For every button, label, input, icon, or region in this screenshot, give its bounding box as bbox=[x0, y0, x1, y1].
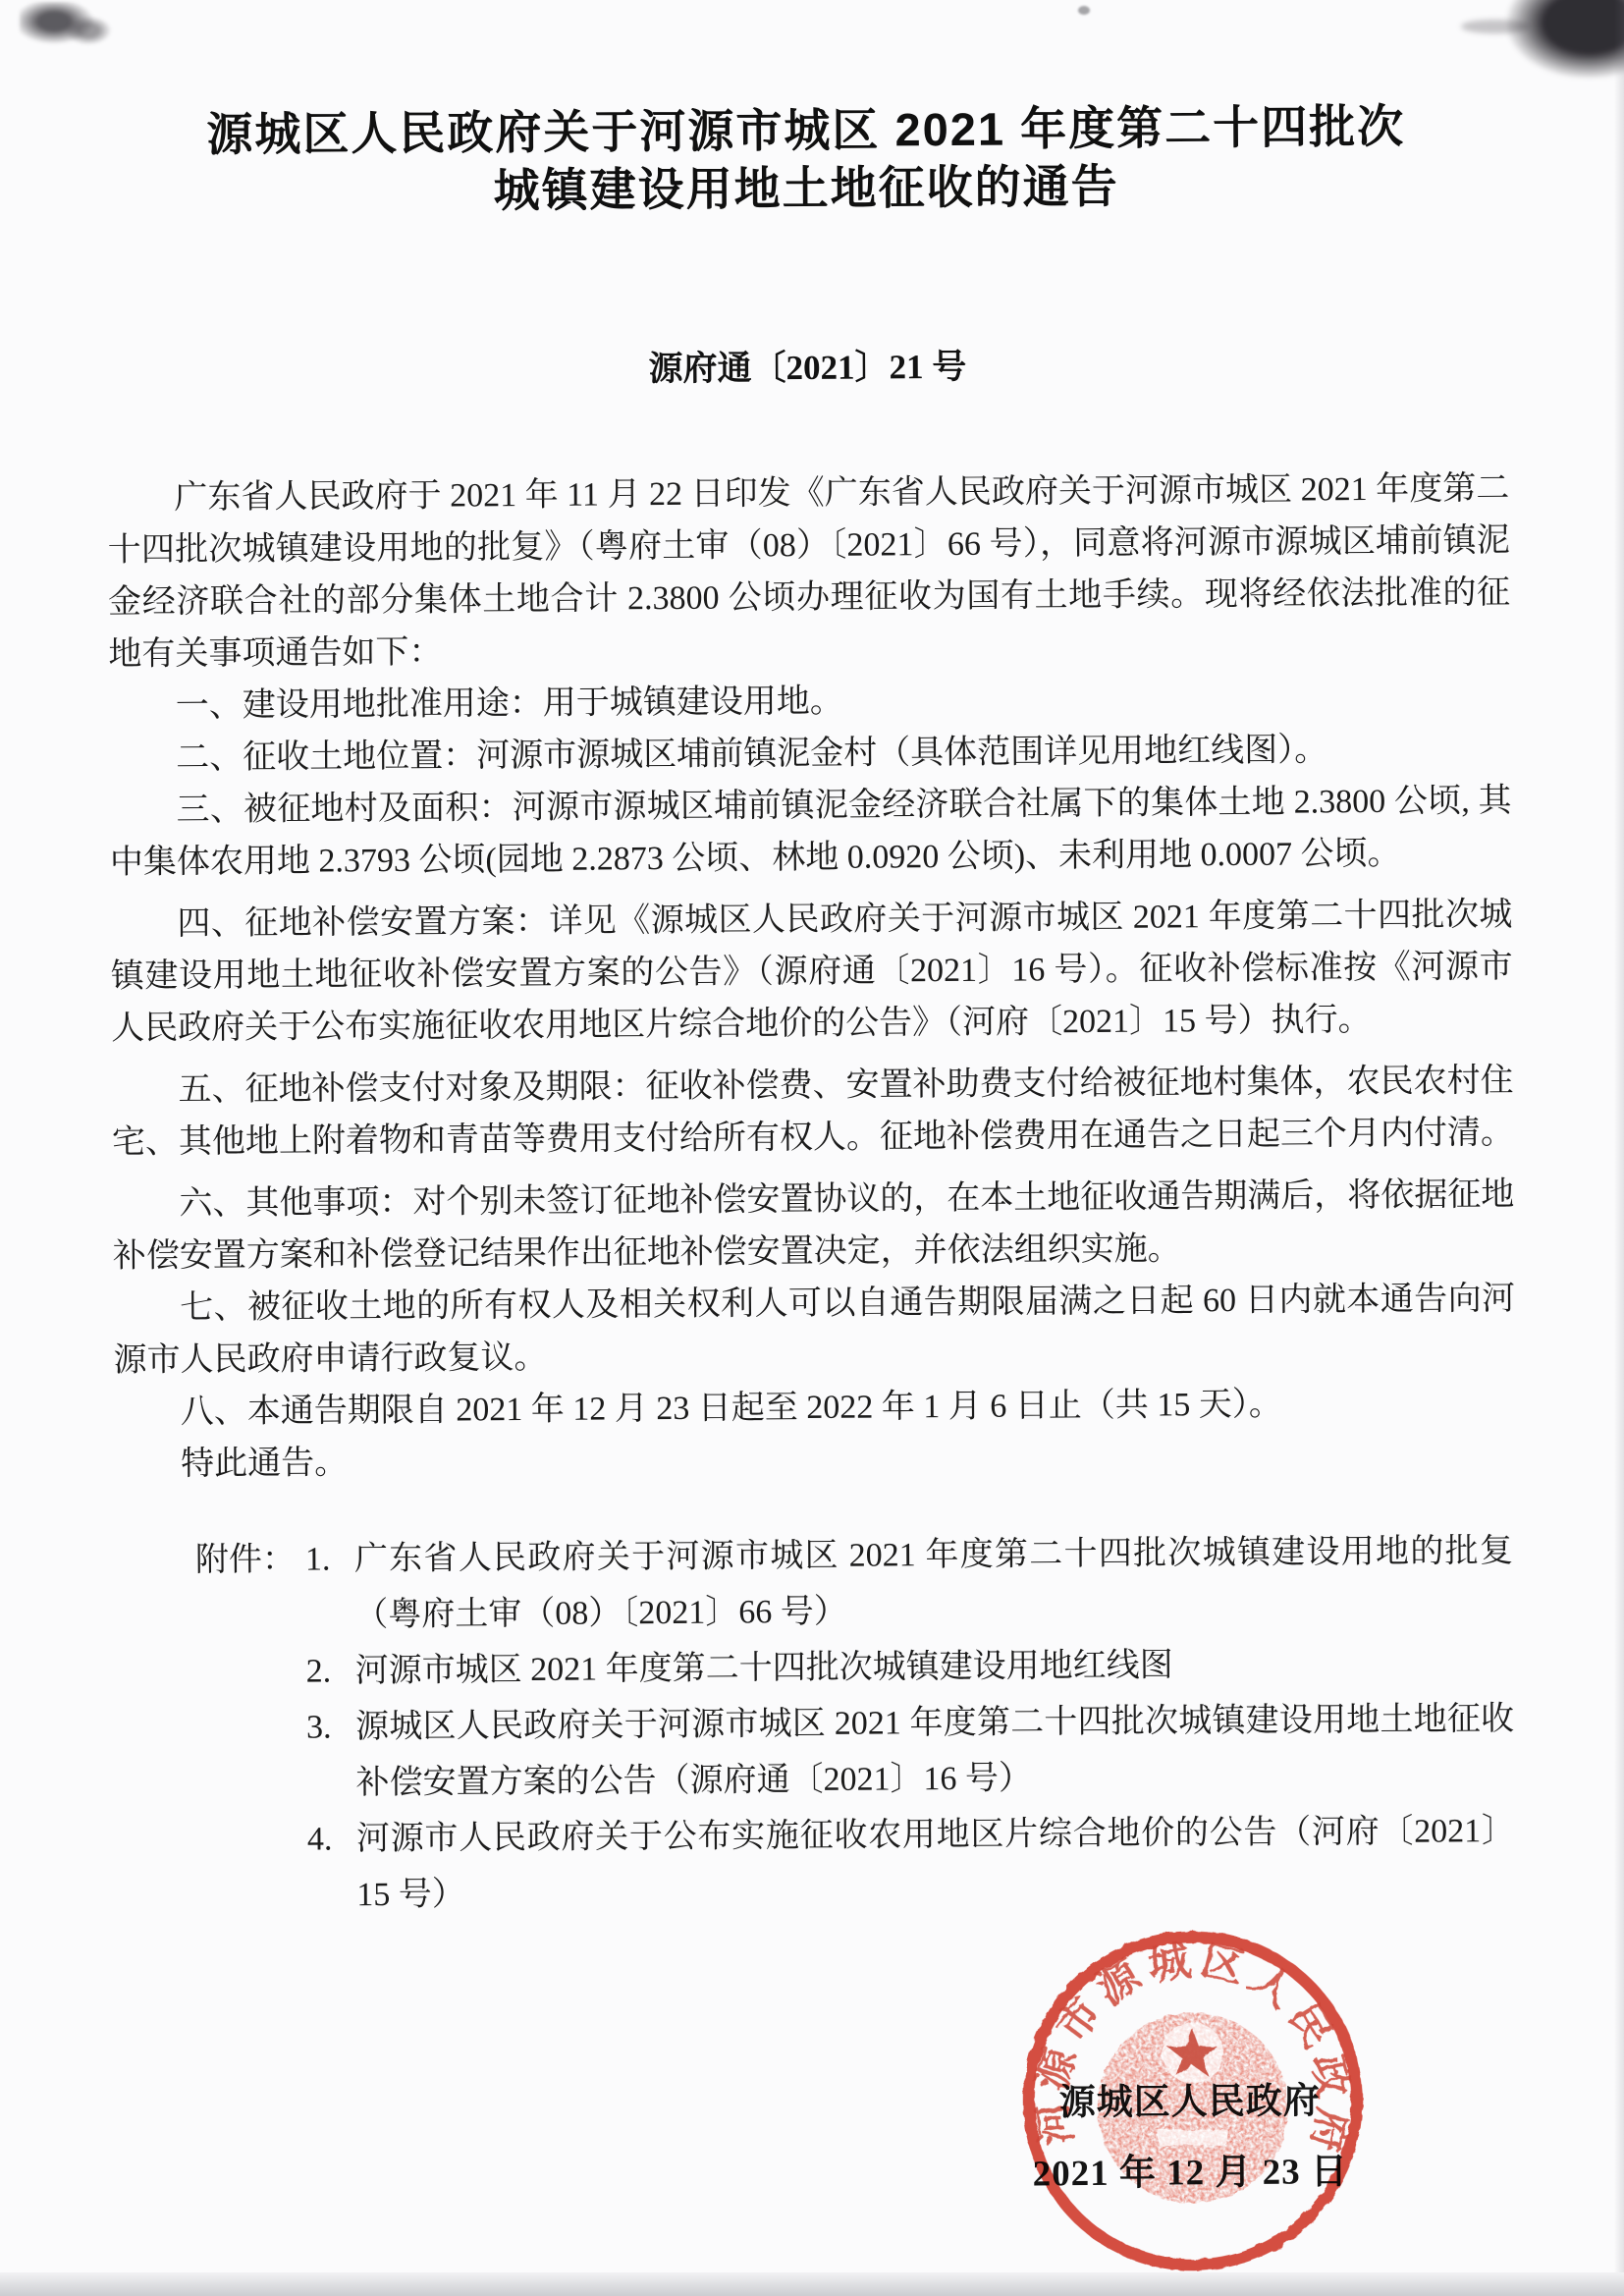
body-paragraph-item-4: 四、征地补偿安置方案：详见《源城区人民政府关于河源市城区 2021 年度第二十四… bbox=[110, 889, 1513, 1055]
attachments-list: 附件： 1. 广东省人民政府关于河源市城区 2021 年度第二十四批次城镇建设用… bbox=[115, 1523, 1520, 1925]
document-sheet: 源城区人民政府关于河源市城区 2021 年度第二十四批次 城镇建设用地土地征收的… bbox=[0, 0, 1624, 2296]
attachments-label-spacer bbox=[196, 1644, 306, 1645]
attachments-label-spacer bbox=[197, 1812, 307, 1813]
attachment-text: 广东省人民政府关于河源市城区 2021 年度第二十四批次城镇建设用地的批复（粤府… bbox=[354, 1523, 1514, 1643]
attachment-item: 2. 河源市城区 2021 年度第二十四批次城镇建设用地红线图 bbox=[196, 1635, 1518, 1700]
attachment-text: 源城区人民政府关于河源市城区 2021 年度第二十四批次城镇建设用地土地征收补偿… bbox=[355, 1691, 1515, 1811]
attachment-item: 4. 河源市人民政府关于公布实施征收农用地区片综合地价的公告（河府〔2021〕1… bbox=[197, 1803, 1520, 1924]
attachments-label: 附件： bbox=[195, 1532, 305, 1589]
attachment-item: 附件： 1. 广东省人民政府关于河源市城区 2021 年度第二十四批次城镇建设用… bbox=[195, 1523, 1518, 1644]
attachment-text: 河源市人民政府关于公布实施征收农用地区片综合地价的公告（河府〔2021〕15 号… bbox=[356, 1803, 1516, 1923]
title-line-2: 城镇建设用地土地征收的通告 bbox=[105, 154, 1507, 222]
body-paragraph-item-5: 五、征地补偿支付对象及期限：征收补偿费、安置补助费支付给被征地村集体，农民农村住… bbox=[111, 1055, 1514, 1169]
document-number: 源府通〔2021〕21 号 bbox=[106, 342, 1508, 395]
body-paragraph-intro: 广东省人民政府于 2021 年 11 月 22 日印发《广东省人民政府关于河源市… bbox=[107, 463, 1510, 681]
scanned-document-page: 源城区人民政府关于河源市城区 2021 年度第二十四批次 城镇建设用地土地征收的… bbox=[0, 0, 1624, 2296]
document-title: 源城区人民政府关于河源市城区 2021 年度第二十四批次 城镇建设用地土地征收的… bbox=[105, 96, 1508, 222]
attachment-number: 1. bbox=[305, 1531, 354, 1587]
attachment-text: 河源市城区 2021 年度第二十四批次城镇建设用地红线图 bbox=[355, 1635, 1514, 1699]
document-content: 源城区人民政府关于河源市城区 2021 年度第二十四批次 城镇建设用地土地征收的… bbox=[0, 0, 1624, 1926]
document-body: 广东省人民政府于 2021 年 11 月 22 日印发《广东省人民政府关于河源市… bbox=[107, 463, 1516, 1491]
seal-gate-shape bbox=[1159, 2129, 1227, 2145]
attachment-number: 3. bbox=[306, 1699, 355, 1755]
attachment-number: 4. bbox=[307, 1811, 356, 1867]
title-line-1: 源城区人民政府关于河源市城区 2021 年度第二十四批次 bbox=[105, 96, 1507, 164]
official-red-seal: 河源市源城区人民政府 bbox=[1009, 1918, 1376, 2284]
body-paragraph-closing: 特此通告。 bbox=[114, 1429, 1516, 1491]
attachments-label-spacer bbox=[196, 1700, 306, 1701]
attachment-number: 2. bbox=[306, 1643, 355, 1699]
body-paragraph-item-7: 七、被征收土地的所有权人及相关权利人可以自通告期限届满之日起 60 日内就本通告… bbox=[113, 1273, 1516, 1387]
body-paragraph-item-3: 三、被征地村及面积：河源市源城区埔前镇泥金经济联合社属下的集体土地 2.3800… bbox=[109, 775, 1512, 889]
attachment-item: 3. 源城区人民政府关于河源市城区 2021 年度第二十四批次城镇建设用地土地征… bbox=[196, 1691, 1519, 1812]
body-paragraph-item-6: 六、其他事项：对个别未签订征地补偿安置协议的，在本土地征收通告期满后，将依据征地… bbox=[112, 1169, 1515, 1283]
